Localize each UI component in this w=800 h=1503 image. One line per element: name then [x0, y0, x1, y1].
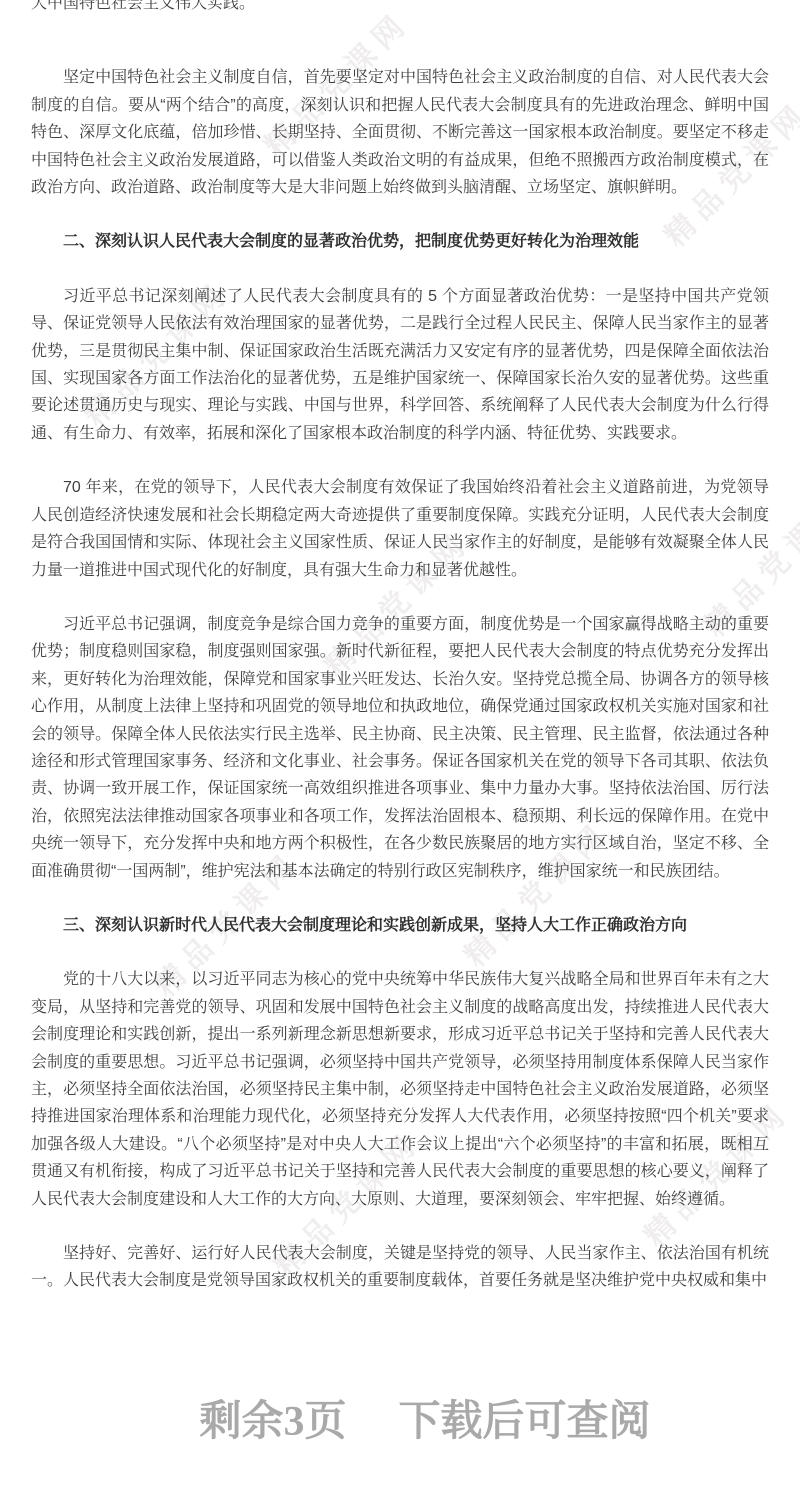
- document-paragraph: 坚持好、完善好、运行好人民代表大会制度，关键是坚持党的领导、人民当家作主、依法治…: [31, 1240, 769, 1295]
- section-heading-2: 二、深刻认识人民代表大会制度的显著政治优势，把制度优势更好转化为治理效能: [31, 228, 769, 255]
- document-paragraph-continuation: 大中国特色社会主义伟大实践。: [31, 0, 769, 17]
- pages-remaining-banner: 剩余3页下载后可查阅: [0, 1396, 800, 1448]
- document-paragraph: 坚定中国特色社会主义制度自信，首先要坚定对中国特色社会主义政治制度的自信、对人民…: [31, 64, 769, 201]
- section-heading-3: 三、深刻认识新时代人民代表大会制度理论和实践创新成果，坚持人大工作正确政治方向: [31, 912, 769, 939]
- document-paragraph: 党的十八大以来，以习近平同志为核心的党中央统筹中华民族伟大复兴战略全局和世界百年…: [31, 966, 769, 1213]
- document-paragraph: 习近平总书记深刻阐述了人民代表大会制度具有的 5 个方面显著政治优势：一是坚持中…: [31, 283, 769, 447]
- pages-remaining-label: 剩余3页: [199, 1399, 346, 1445]
- document-paragraph: 70 年来，在党的领导下，人民代表大会制度有效保证了我国始终沿着社会主义道路前进…: [31, 474, 769, 584]
- document-preview-page: 精品党课网 精品党课网 精品党课网 精品党课网 精品党课网 精品党课网 精品党课…: [0, 0, 800, 1503]
- download-hint-label: 下载后可查阅: [399, 1399, 651, 1445]
- document-paragraph: 习近平总书记强调，制度竞争是综合国力竞争的重要方面，制度优势是一个国家赢得战略主…: [31, 611, 769, 885]
- document-body: 大中国特色社会主义伟大实践。 坚定中国特色社会主义制度自信，首先要坚定对中国特色…: [0, 0, 800, 1295]
